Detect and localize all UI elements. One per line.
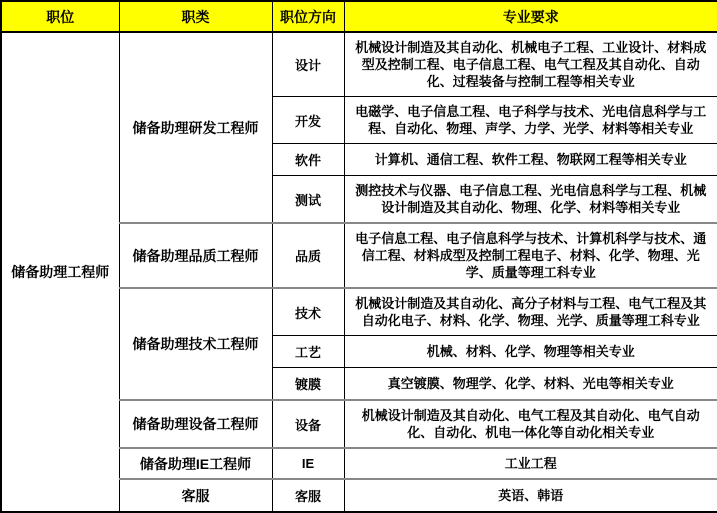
requirement-cell: 机械、材料、化学、物理等相关专业 xyxy=(344,336,717,368)
requirement-cell: 测控技术与仪器、电子信息工程、光电信息科学与工程、机械设计制造及其自动化、物理、… xyxy=(344,176,717,224)
job-requirements-table: 职位 职类 职位方向 专业要求 储备助理工程师储备助理研发工程师设计机械设计制造… xyxy=(0,0,717,513)
direction-cell: 客服 xyxy=(272,479,344,512)
direction-cell: 开发 xyxy=(272,97,344,144)
header-row: 职位 职类 职位方向 专业要求 xyxy=(1,1,717,32)
requirement-cell: 机械设计制造及其自动化、机械电子工程、工业设计、材料成型及控制工程、电子信息工程… xyxy=(344,32,717,97)
header-position: 职位 xyxy=(1,1,119,32)
direction-cell: 设备 xyxy=(272,400,344,448)
requirement-cell: 电子信息工程、电子信息科学与技术、计算机科学与技术、通信工程、材料成型及控制工程… xyxy=(344,223,717,288)
table-body: 储备助理工程师储备助理研发工程师设计机械设计制造及其自动化、机械电子工程、工业设… xyxy=(1,32,717,512)
header-direction: 职位方向 xyxy=(272,1,344,32)
direction-cell: 工艺 xyxy=(272,336,344,368)
category-cell: 储备助理研发工程师 xyxy=(119,32,272,223)
page: 职位 职类 职位方向 专业要求 储备助理工程师储备助理研发工程师设计机械设计制造… xyxy=(0,0,717,499)
category-cell: 储备助理设备工程师 xyxy=(119,400,272,448)
requirement-cell: 英语、韩语 xyxy=(344,479,717,512)
direction-cell: 软件 xyxy=(272,144,344,176)
requirement-cell: 电磁学、电子信息工程、电子科学与技术、光电信息科学与工程、自动化、物理、声学、力… xyxy=(344,97,717,144)
position-cell: 储备助理工程师 xyxy=(1,32,119,512)
category-cell: 储备助理品质工程师 xyxy=(119,223,272,288)
requirement-cell: 机械设计制造及其自动化、高分子材料与工程、电气工程及其自动化电子、材料、化学、物… xyxy=(344,288,717,336)
table-row: 储备助理工程师储备助理研发工程师设计机械设计制造及其自动化、机械电子工程、工业设… xyxy=(1,32,717,97)
direction-cell: 设计 xyxy=(272,32,344,97)
requirement-cell: 真空镀膜、物理学、化学、材料、光电等相关专业 xyxy=(344,368,717,401)
category-cell: 客服 xyxy=(119,479,272,512)
direction-cell: IE xyxy=(272,448,344,479)
header-requirement: 专业要求 xyxy=(344,1,717,32)
direction-cell: 镀膜 xyxy=(272,368,344,401)
direction-cell: 品质 xyxy=(272,223,344,288)
category-cell: 储备助理IE工程师 xyxy=(119,448,272,479)
requirement-cell: 计算机、通信工程、软件工程、物联网工程等相关专业 xyxy=(344,144,717,176)
category-cell: 储备助理技术工程师 xyxy=(119,288,272,400)
requirement-cell: 工业工程 xyxy=(344,448,717,479)
header-category: 职类 xyxy=(119,1,272,32)
requirement-cell: 机械设计制造及其自动化、电气工程及其自动化、电气自动化、自动化、机电一体化等自动… xyxy=(344,400,717,448)
direction-cell: 技术 xyxy=(272,288,344,336)
direction-cell: 测试 xyxy=(272,176,344,224)
